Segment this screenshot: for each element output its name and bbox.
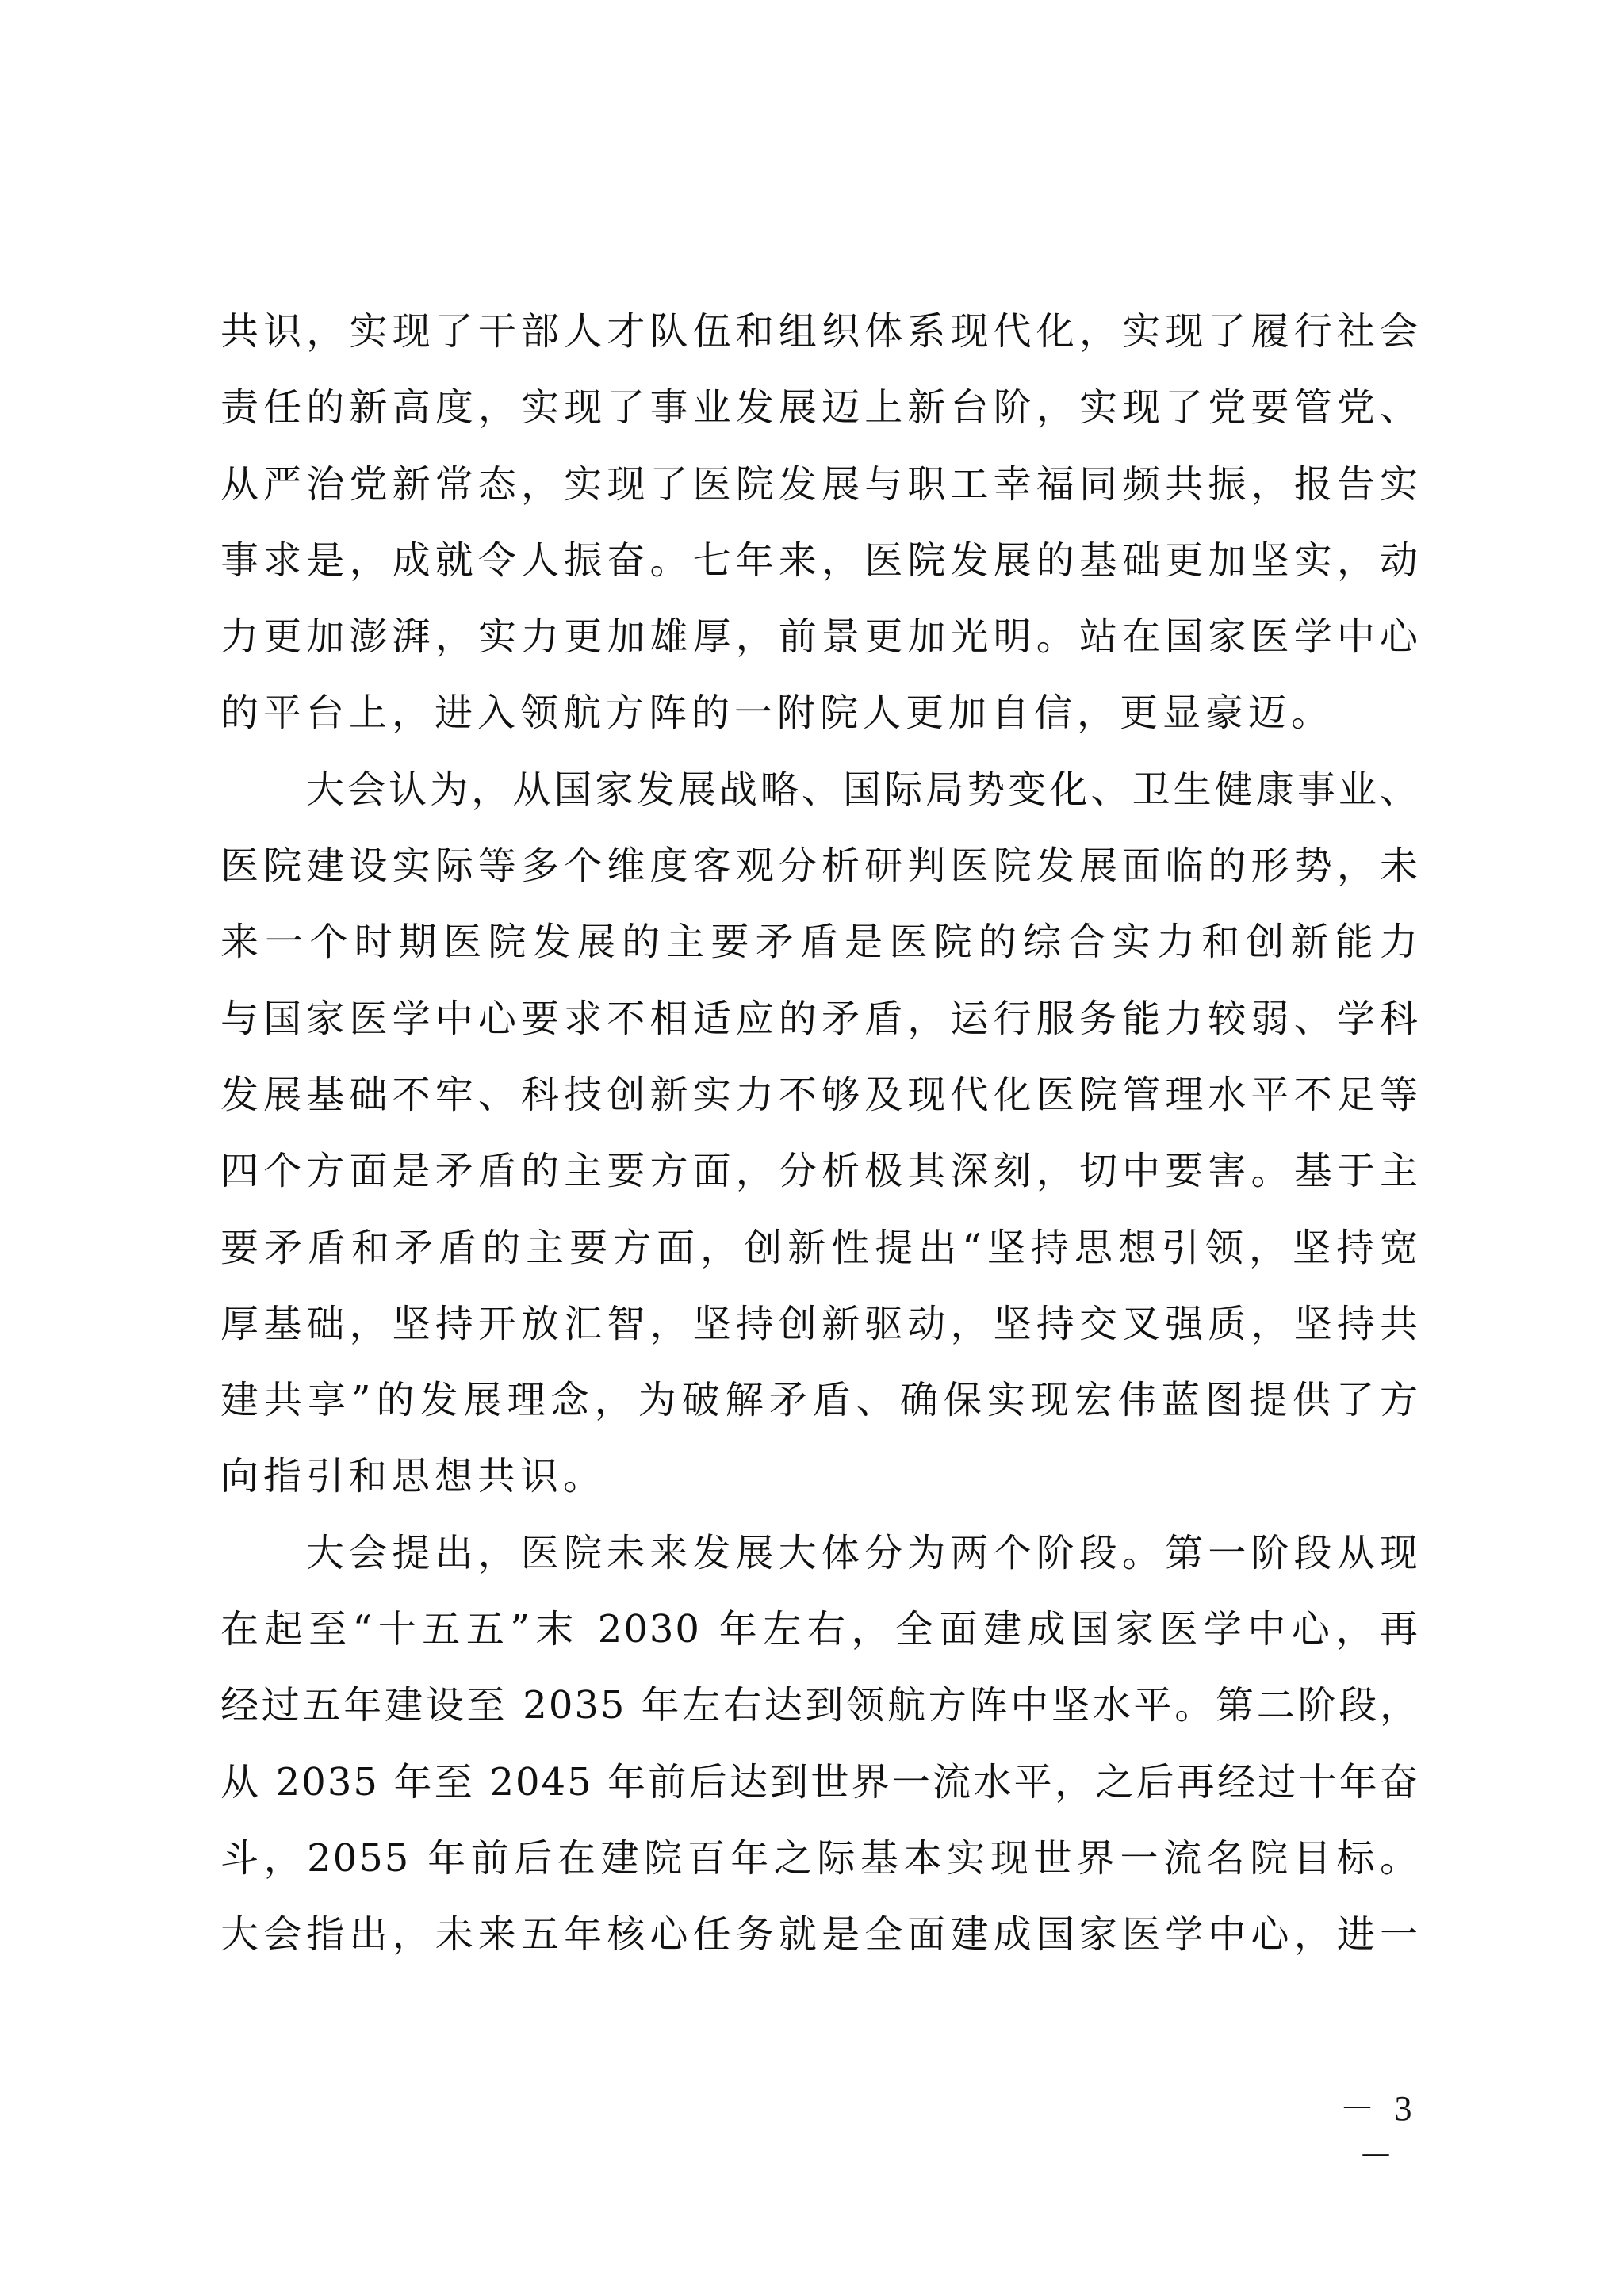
paragraph-1-line-4: 事求是，成就令人振奋。七年来，医院发展的基础更加坚实，动 bbox=[220, 522, 1419, 599]
paragraph-3-line-1: 大会提出，医院未来发展大体分为两个阶段。第一阶段从现 bbox=[220, 1515, 1419, 1591]
paragraph-2-line-1: 大会认为，从国家发展战略、国际局势变化、卫生健康事业、 bbox=[220, 752, 1419, 828]
paragraph-2-line-7: 要矛盾和矛盾的主要方面，创新性提出“坚持思想引领，坚持宽 bbox=[220, 1210, 1419, 1286]
body-text: 共识，实现了干部人才队伍和组织体系现代化，实现了履行社会 责任的新高度，实现了事… bbox=[220, 293, 1419, 1973]
paragraph-3-line-3: 经过五年建设至 2035 年左右达到领航方阵中坚水平。第二阶段， bbox=[220, 1667, 1419, 1743]
paragraph-3-line-2: 在起至“十五五”末 2030 年左右，全面建成国家医学中心，再 bbox=[220, 1591, 1419, 1667]
paragraph-2-line-6: 四个方面是矛盾的主要方面，分析极其深刻，切中要害。基于主 bbox=[220, 1133, 1419, 1209]
paragraph-3-line-6: 大会指出，未来五年核心任务就是全面建成国家医学中心，进一 bbox=[220, 1896, 1419, 1973]
paragraph-2-line-9: 建共享”的发展理念，为破解矛盾、确保实现宏伟蓝图提供了方 bbox=[220, 1362, 1419, 1438]
paragraph-2-line-8: 厚基础，坚持开放汇智，坚持创新驱动，坚持交叉强质，坚持共 bbox=[220, 1286, 1419, 1362]
page-number: － 3 － bbox=[1316, 2085, 1435, 2133]
document-page: 共识，实现了干部人才队伍和组织体系现代化，实现了履行社会 责任的新高度，实现了事… bbox=[0, 0, 1624, 2296]
paragraph-1-line-6: 的平台上，进入领航方阵的一附院人更加自信，更显豪迈。 bbox=[220, 675, 1419, 751]
paragraph-1-line-1: 共识，实现了干部人才队伍和组织体系现代化，实现了履行社会 bbox=[220, 293, 1419, 369]
paragraph-1-line-3: 从严治党新常态，实现了医院发展与职工幸福同频共振，报告实 bbox=[220, 446, 1419, 522]
paragraph-3-line-4: 从 2035 年至 2045 年前后达到世界一流水平，之后再经过十年奋 bbox=[220, 1744, 1419, 1820]
paragraph-2-line-10: 向指引和思想共识。 bbox=[220, 1438, 1419, 1514]
paragraph-2-line-4: 与国家医学中心要求不相适应的矛盾，运行服务能力较弱、学科 bbox=[220, 981, 1419, 1057]
paragraph-3-line-5: 斗，2055 年前后在建院百年之际基本实现世界一流名院目标。 bbox=[220, 1820, 1419, 1896]
paragraph-1-line-2: 责任的新高度，实现了事业发展迈上新台阶，实现了党要管党、 bbox=[220, 369, 1419, 446]
paragraph-2-line-3: 来一个时期医院发展的主要矛盾是医院的综合实力和创新能力 bbox=[220, 904, 1419, 980]
paragraph-2-line-2: 医院建设实际等多个维度客观分析研判医院发展面临的形势，未 bbox=[220, 828, 1419, 904]
paragraph-1-line-5: 力更加澎湃，实力更加雄厚，前景更加光明。站在国家医学中心 bbox=[220, 599, 1419, 675]
paragraph-2-line-5: 发展基础不牢、科技创新实力不够及现代化医院管理水平不足等 bbox=[220, 1057, 1419, 1133]
